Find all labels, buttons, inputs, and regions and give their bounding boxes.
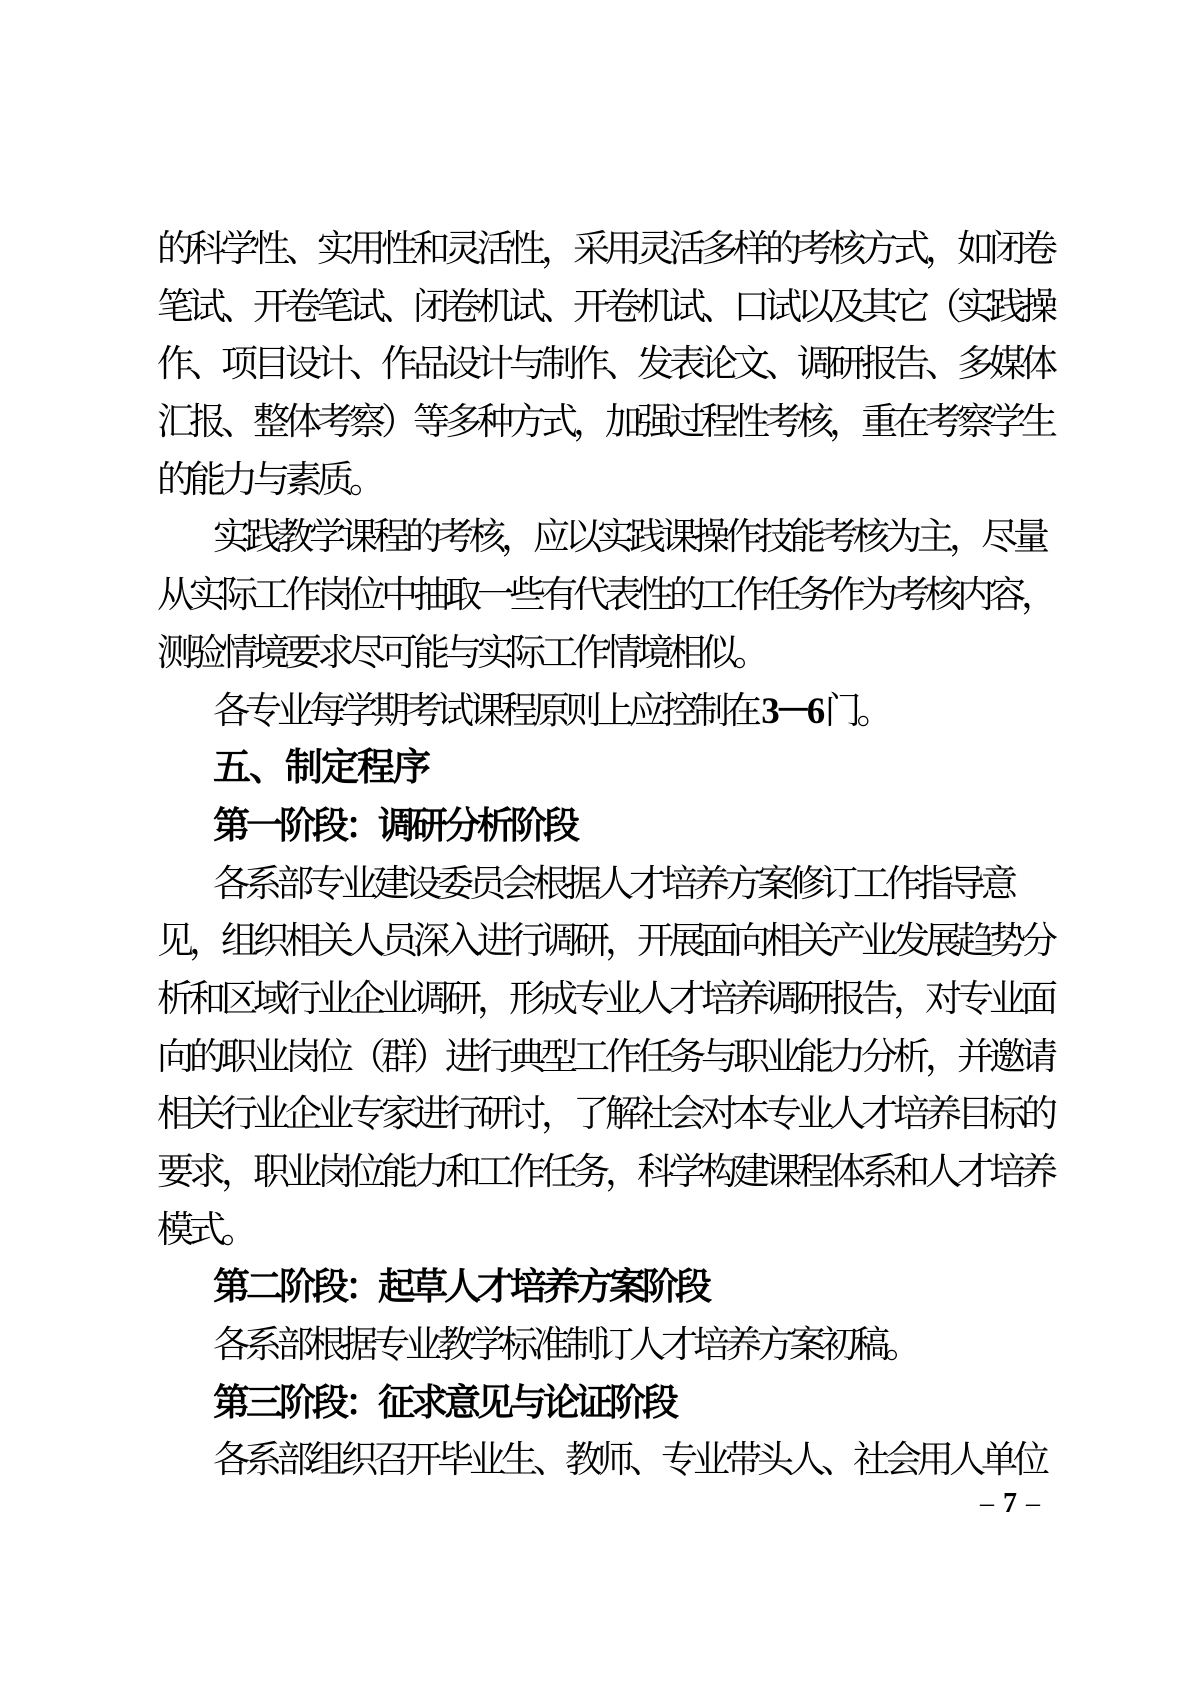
text-segment: 各专业每学期考试课程原则上应控制在 xyxy=(213,691,761,732)
heading-line: 第三阶段：征求意见与论证阶段 xyxy=(157,1375,1043,1433)
text-line: 的科学性、实用性和灵活性，采用灵活多样的考核方式，如闭卷 xyxy=(157,221,1043,279)
text-line: 从实际工作岗位中抽取一些有代表性的工作任务作为考核内容， xyxy=(157,567,1043,625)
page-number-dash-right: – xyxy=(1026,1488,1040,1519)
document-body: 的科学性、实用性和灵活性，采用灵活多样的考核方式，如闭卷笔试、开卷笔试、闭卷机试… xyxy=(157,221,1043,1490)
page-number-value: 7 xyxy=(1003,1488,1017,1519)
text-line: 笔试、开卷笔试、闭卷机试、开卷机试、口试以及其它（实践操 xyxy=(157,279,1043,337)
text-line: 模式。 xyxy=(157,1202,1043,1260)
document-page: 的科学性、实用性和灵活性，采用灵活多样的考核方式，如闭卷笔试、开卷笔试、闭卷机试… xyxy=(0,0,1190,1683)
text-line: 汇报、整体考察）等多种方式，加强过程性考核，重在考察学生 xyxy=(157,394,1043,452)
text-line: 相关行业企业专家进行研讨，了解社会对本专业人才培养目标的 xyxy=(157,1086,1043,1144)
text-line: 各专业每学期考试课程原则上应控制在 3－6 门。 xyxy=(157,683,1043,741)
text-line: 测验情境要求尽可能与实际工作情境相似。 xyxy=(157,625,1043,683)
text-line: 见，组织相关人员深入进行调研，开展面向相关产业发展趋势分 xyxy=(157,913,1043,971)
text-line: 的能力与素质。 xyxy=(157,452,1043,510)
text-segment: 3－6 xyxy=(761,691,820,732)
text-line: 各系部专业建设委员会根据人才培养方案修订工作指导意 xyxy=(157,856,1043,914)
heading-line: 五、制定程序 xyxy=(157,740,1043,798)
text-segment: 门。 xyxy=(820,691,888,732)
text-line: 各系部根据专业教学标准制订人才培养方案初稿。 xyxy=(157,1317,1043,1375)
page-number: –7– xyxy=(980,1487,1040,1521)
text-line: 析和区域行业企业调研，形成专业人才培养调研报告，对专业面 xyxy=(157,971,1043,1029)
heading-line: 第一阶段：调研分析阶段 xyxy=(157,798,1043,856)
heading-line: 第二阶段：起草人才培养方案阶段 xyxy=(157,1259,1043,1317)
text-line: 作、项目设计、作品设计与制作、发表论文、调研报告、多媒体 xyxy=(157,336,1043,394)
page-number-dash-left: – xyxy=(980,1488,994,1519)
text-line: 要求，职业岗位能力和工作任务，科学构建课程体系和人才培养 xyxy=(157,1144,1043,1202)
text-line: 向的职业岗位（群）进行典型工作任务与职业能力分析，并邀请 xyxy=(157,1029,1043,1087)
text-line: 各系部组织召开毕业生、教师、专业带头人、社会用人单位 xyxy=(157,1432,1043,1490)
text-line: 实践教学课程的考核，应以实践课操作技能考核为主，尽量 xyxy=(157,509,1043,567)
